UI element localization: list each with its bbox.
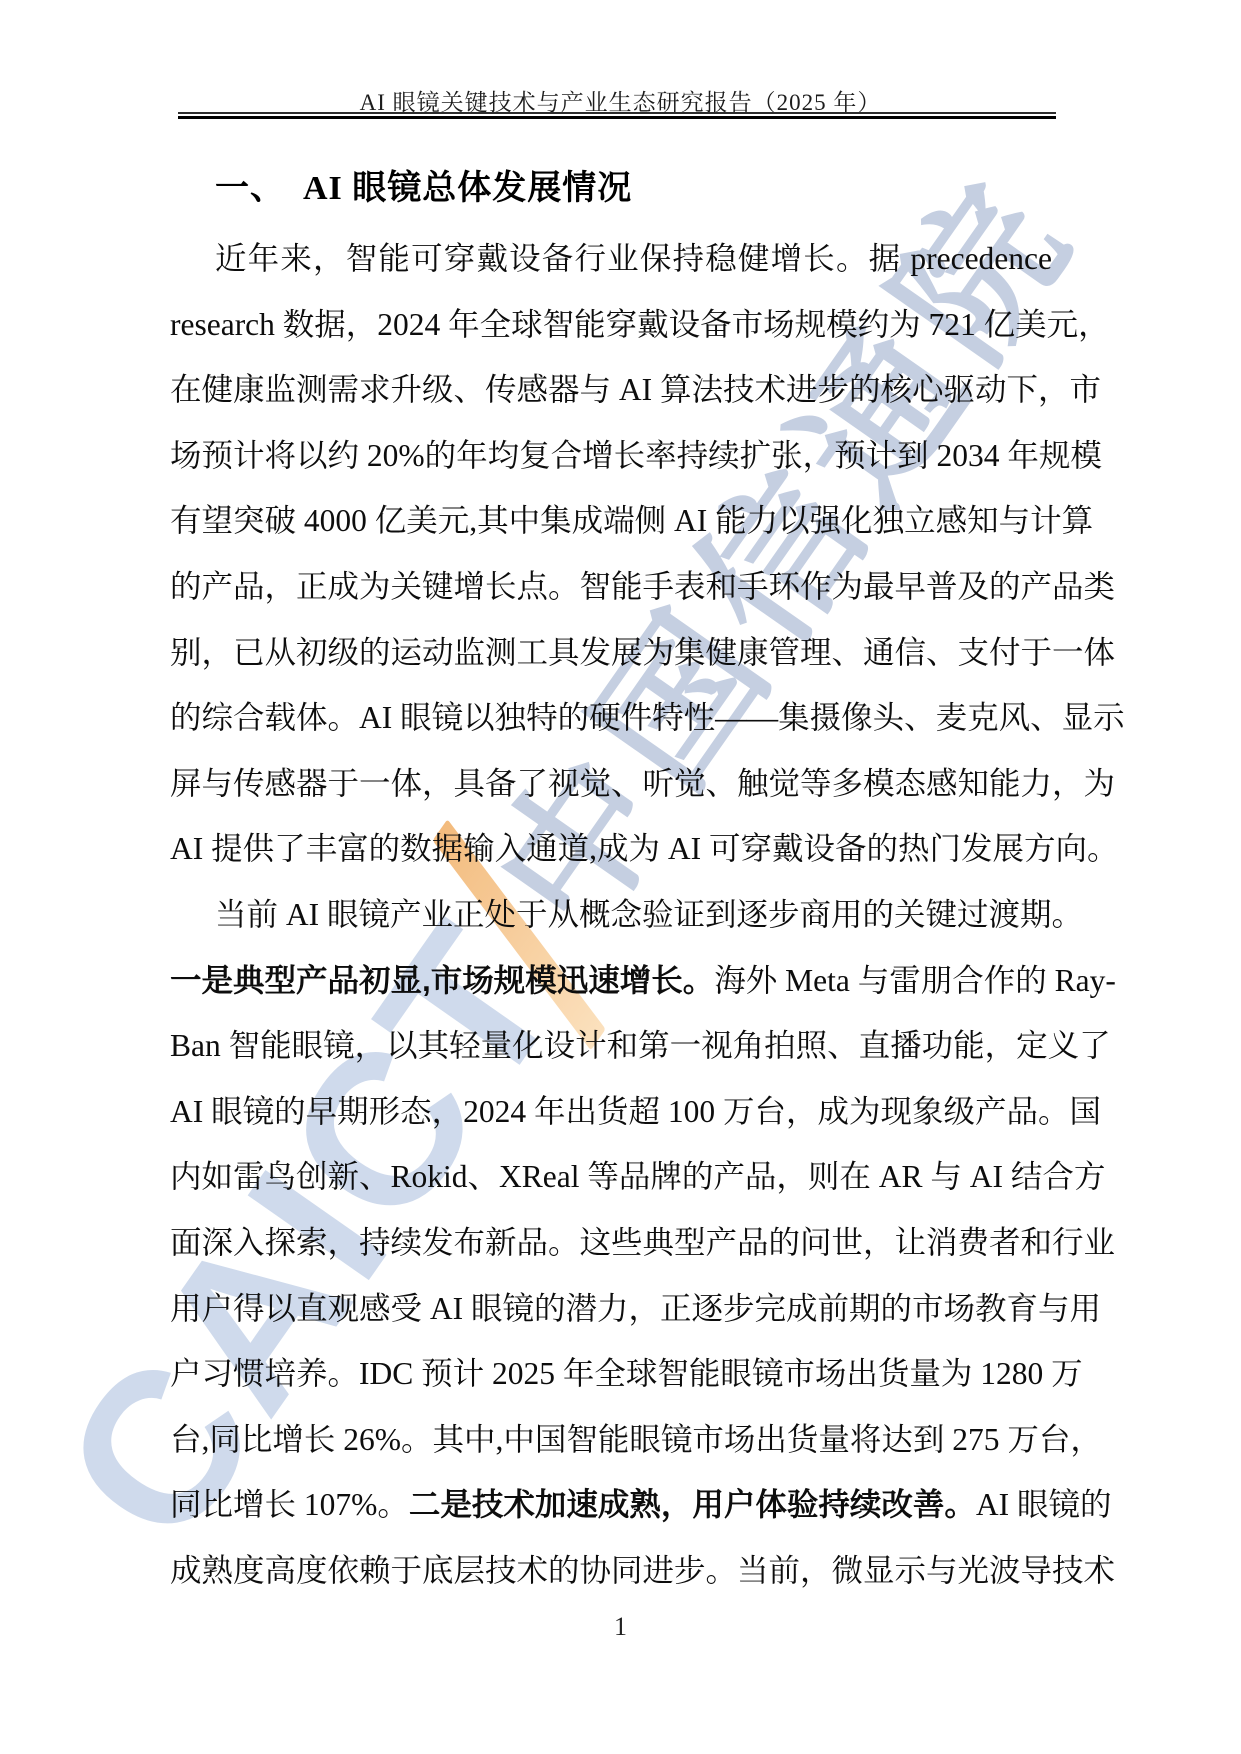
text-run: 有望突破 4000 亿美元,其中集成端侧 AI 能力以强化独立感知与计算 [170,503,1093,538]
header-rule [178,112,1056,119]
text-line: 当前 AI 眼镜产业正处于从概念验证到逐步商用的关键过渡期。 [170,882,1052,948]
text-run: AI 眼镜的 [976,1487,1112,1522]
text-line: AI 提供了丰富的数据输入通道,成为 AI 可穿戴设备的热门发展方向。 [170,816,1052,882]
text-run: 面深入探索，持续发布新品。这些典型产品的问世，让消费者和行业 [170,1225,1115,1260]
header-rule-thin-line [178,112,1056,114]
header-rule-thick-line [178,116,1056,119]
text-run: 近年来，智能可穿戴设备行业保持稳健增长。据 precedence [215,241,1052,276]
text-run: AI 提供了丰富的数据输入通道,成为 AI 可穿戴设备的热门发展方向。 [170,831,1118,866]
text-line: 内如雷鸟创新、Rokid、XReal 等品牌的产品，则在 AR 与 AI 结合方 [170,1144,1052,1210]
text-run: research 数据，2024 年全球智能穿戴设备市场规模约为 721 亿美元… [170,307,1110,342]
text-line: Ban 智能眼镜，以其轻量化设计和第一视角拍照、直播功能，定义了 [170,1013,1052,1079]
text-line: 台,同比增长 26%。其中,中国智能眼镜市场出货量将达到 275 万台， [170,1407,1052,1473]
text-run: 户习惯培养。IDC 预计 2025 年全球智能眼镜市场出货量为 1280 万 [170,1356,1083,1391]
text-line: 面深入探索，持续发布新品。这些典型产品的问世，让消费者和行业 [170,1210,1052,1276]
report-page: AI 眼镜关键技术与产业生态研究报告（2025 年） CAICT 中国信通院 一… [0,0,1241,1754]
text-run: 成熟度高度依赖于底层技术的协同进步。当前，微显示与光波导技术 [170,1553,1115,1588]
text-line: 场预计将以约 20%的年均复合增长率持续扩张，预计到 2034 年规模 [170,423,1052,489]
text-line: research 数据，2024 年全球智能穿戴设备市场规模约为 721 亿美元… [170,292,1052,358]
text-run: 在健康监测需求升级、传感器与 AI 算法技术进步的核心驱动下，市 [170,372,1101,407]
text-run: 用户得以直观感受 AI 眼镜的潜力，正逐步完成前期的市场教育与用 [170,1291,1101,1326]
text-line: 户习惯培养。IDC 预计 2025 年全球智能眼镜市场出货量为 1280 万 [170,1341,1052,1407]
text-run: AI 眼镜的早期形态，2024 年出货超 100 万台，成为现象级产品。国 [170,1094,1101,1129]
text-run: 台,同比增长 26%。其中,中国智能眼镜市场出货量将达到 275 万台， [170,1422,1102,1457]
text-run: 的产品，正成为关键增长点。智能手表和手环作为最早普及的产品类 [170,569,1115,604]
text-run: Ban 智能眼镜，以其轻量化设计和第一视角拍照、直播功能，定义了 [170,1028,1111,1063]
text-line: 别，已从初级的运动监测工具发展为集健康管理、通信、支付于一体 [170,620,1052,686]
text-run: 屏与传感器于一体，具备了视觉、听觉、触觉等多模态感知能力，为 [170,766,1115,801]
text-line: 在健康监测需求升级、传感器与 AI 算法技术进步的核心驱动下，市 [170,357,1052,423]
document-body: 近年来，智能可穿戴设备行业保持稳健增长。据 precedenceresearch… [170,226,1052,1603]
section-heading: 一、 AI 眼镜总体发展情况 [215,160,632,209]
text-run: 同比增长 107%。 [170,1487,409,1522]
page-number: 1 [614,1612,627,1641]
bold-text-run: 二是技术加速成熟，用户体验持续改善。 [409,1486,976,1522]
text-line: 有望突破 4000 亿美元,其中集成端侧 AI 能力以强化独立感知与计算 [170,488,1052,554]
page-footer: 1 [0,1612,1241,1642]
text-line: 屏与传感器于一体，具备了视觉、听觉、触觉等多模态感知能力，为 [170,751,1052,817]
text-line: 成熟度高度依赖于底层技术的协同进步。当前，微显示与光波导技术 [170,1538,1052,1604]
text-line: 一是典型产品初显,市场规模迅速增长。海外 Meta 与雷朋合作的 Ray- [170,948,1052,1014]
text-line: 的产品，正成为关键增长点。智能手表和手环作为最早普及的产品类 [170,554,1052,620]
text-line: 近年来，智能可穿戴设备行业保持稳健增长。据 precedence [170,226,1052,292]
bold-text-run: 一是典型产品初显,市场规模迅速增长。 [170,962,714,998]
text-line: 的综合载体。AI 眼镜以独特的硬件特性——集摄像头、麦克风、显示 [170,685,1052,751]
text-run: 海外 Meta 与雷朋合作的 Ray- [714,963,1116,998]
text-run: 当前 AI 眼镜产业正处于从概念验证到逐步商用的关键过渡期。 [215,897,1083,932]
text-line: 同比增长 107%。二是技术加速成熟，用户体验持续改善。AI 眼镜的 [170,1472,1052,1538]
text-run: 内如雷鸟创新、Rokid、XReal 等品牌的产品，则在 AR 与 AI 结合方 [170,1159,1105,1194]
text-line: 用户得以直观感受 AI 眼镜的潜力，正逐步完成前期的市场教育与用 [170,1276,1052,1342]
text-line: AI 眼镜的早期形态，2024 年出货超 100 万台，成为现象级产品。国 [170,1079,1052,1145]
text-run: 场预计将以约 20%的年均复合增长率持续扩张，预计到 2034 年规模 [170,438,1102,473]
text-run: 别，已从初级的运动监测工具发展为集健康管理、通信、支付于一体 [170,635,1115,670]
text-run: 的综合载体。AI 眼镜以独特的硬件特性——集摄像头、麦克风、显示 [170,700,1125,735]
